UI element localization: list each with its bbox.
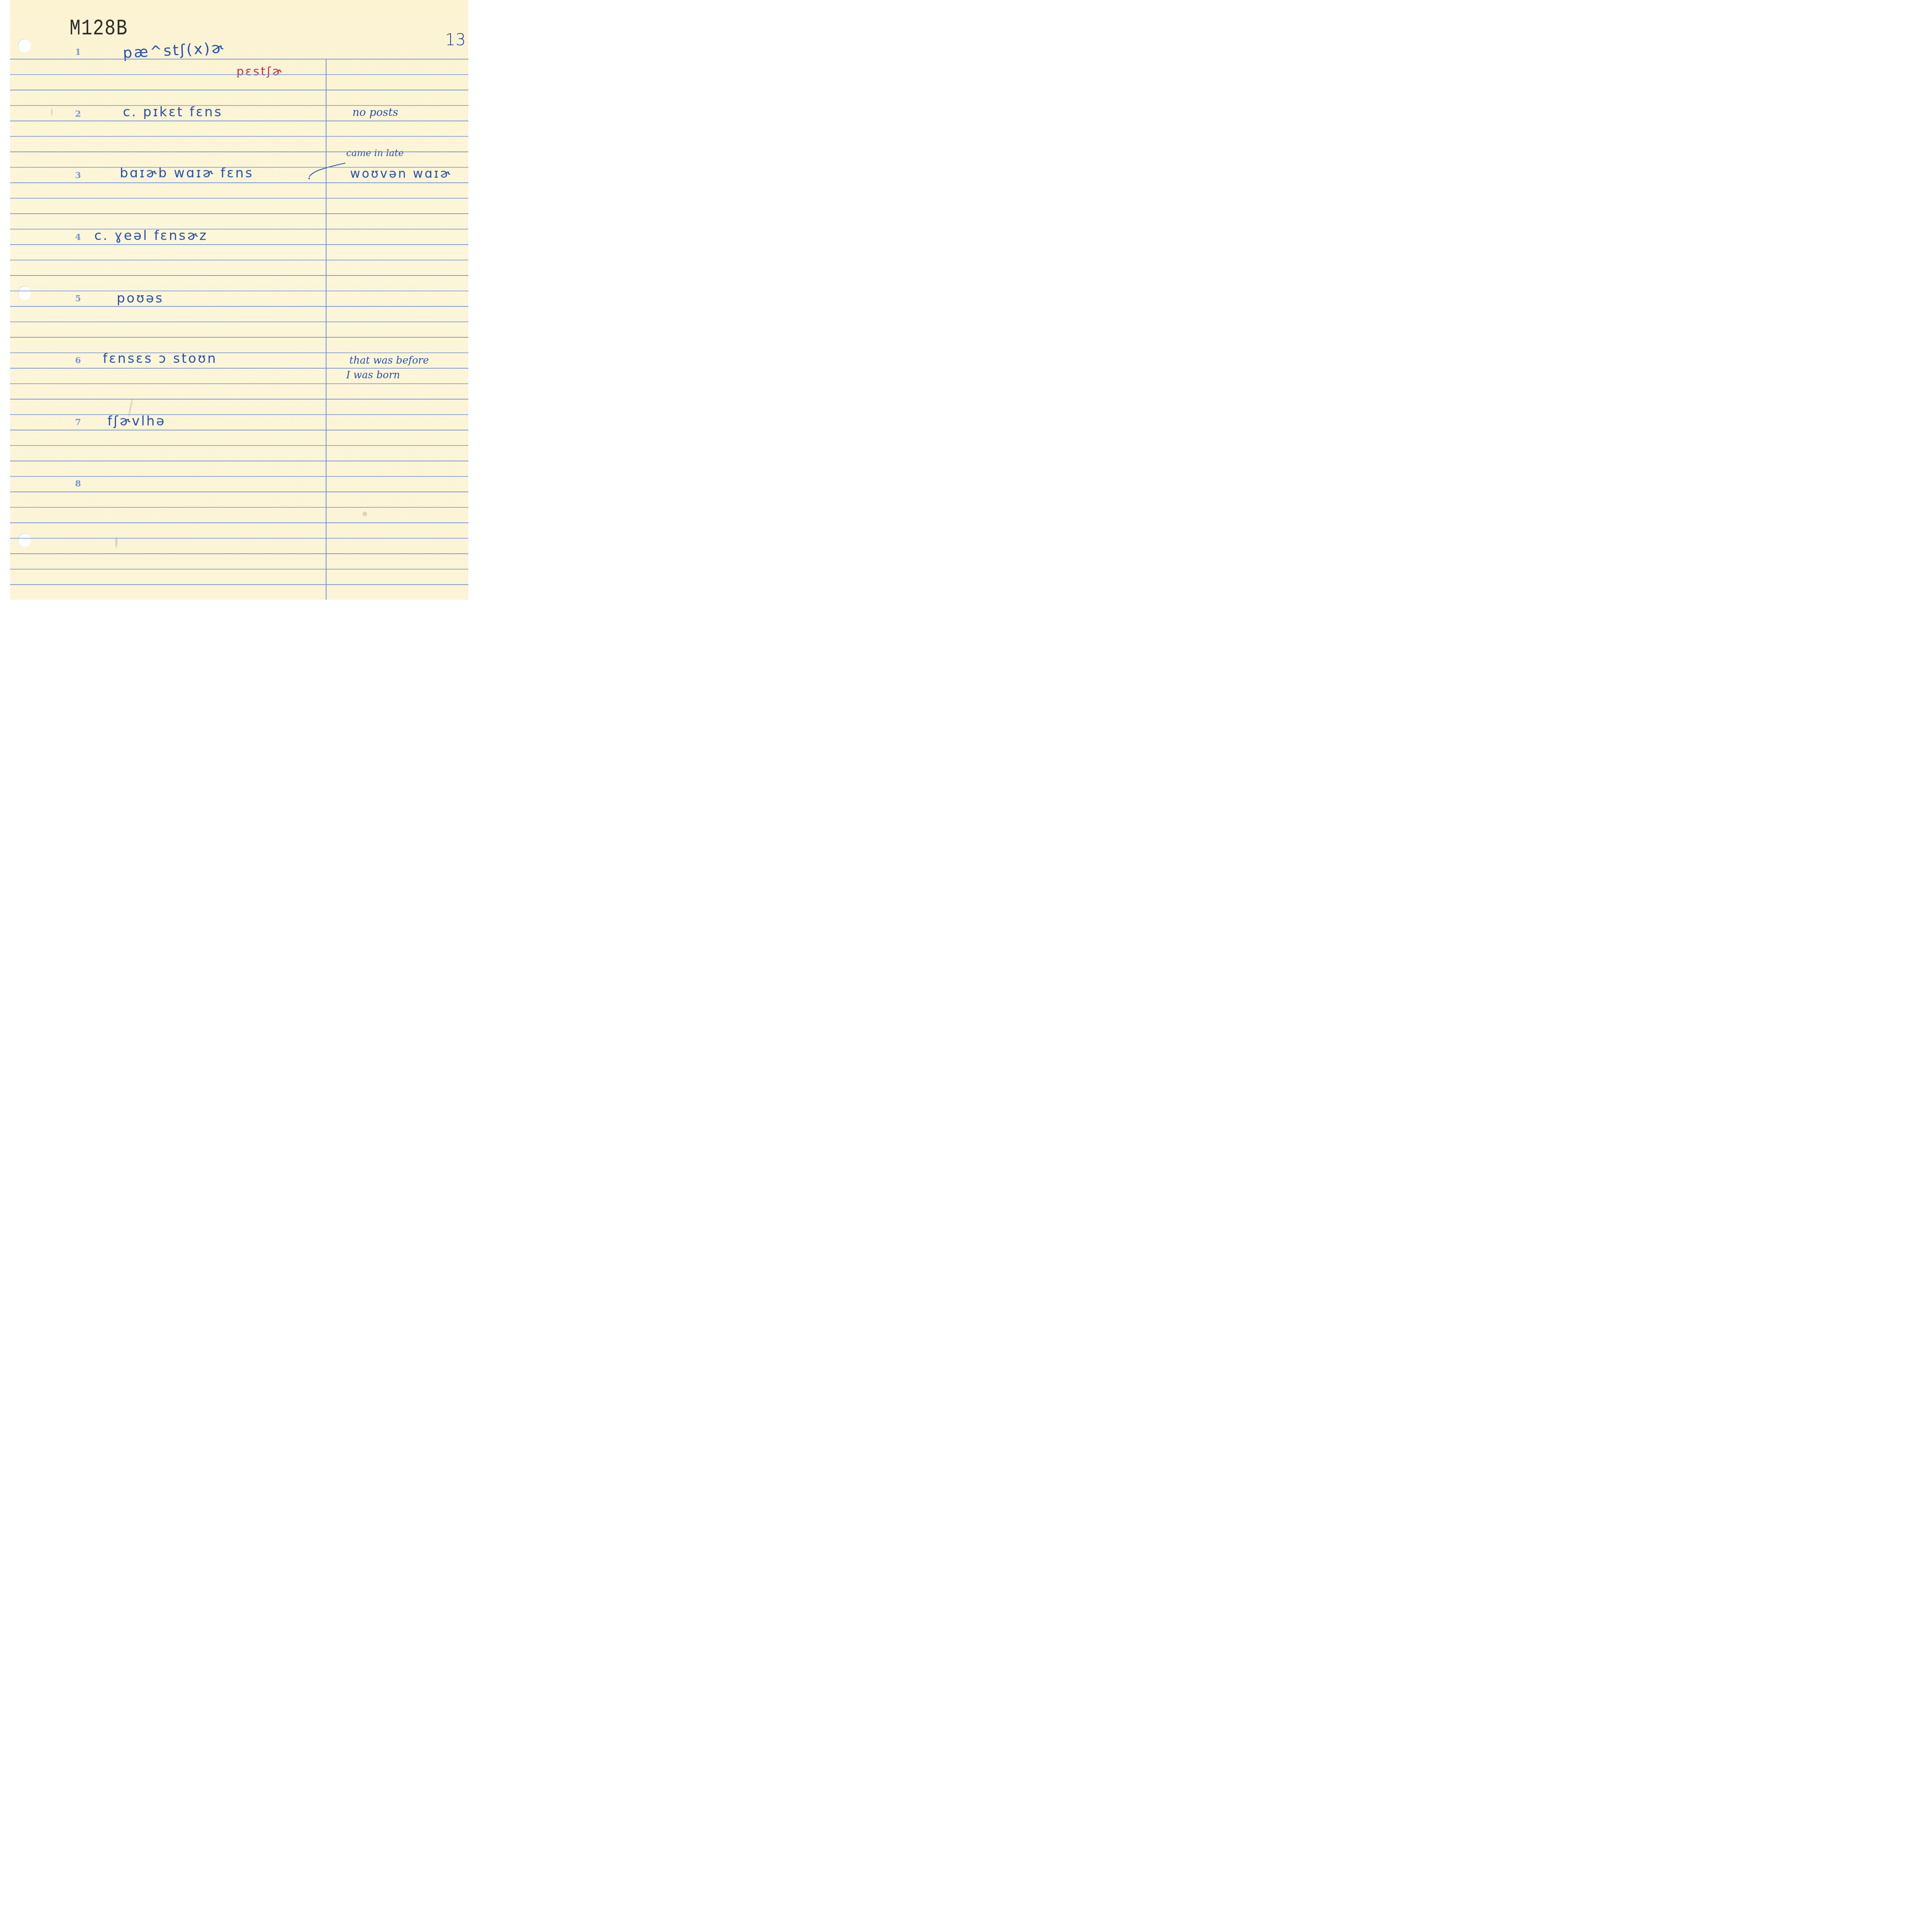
transcription-row-4: c. ɣeəl fɛnsɚz	[94, 228, 208, 243]
transcription-row-5: poʊəs	[117, 291, 164, 306]
ruled-line	[10, 476, 468, 477]
note-row-2: no posts	[352, 106, 398, 119]
transcription-row-2: c. pɪkɛt fɛns	[123, 104, 223, 120]
ruled-line	[10, 182, 468, 183]
ruled-line	[10, 399, 468, 400]
ruled-line	[10, 198, 468, 199]
ruled-line	[10, 291, 468, 291]
ruled-line	[10, 538, 468, 539]
row-number: 2	[73, 109, 83, 119]
ruled-line	[10, 59, 468, 60]
ruled-line	[10, 383, 468, 384]
note-phonetic-row-3: woʊvən wɑɪɚ	[350, 166, 452, 181]
note-row-6-line-2: I was born	[346, 369, 400, 381]
ruled-line	[10, 275, 468, 276]
ruled-line	[10, 244, 468, 245]
row-number: 7	[73, 417, 83, 427]
ruled-line	[10, 229, 468, 230]
ruled-line	[10, 260, 468, 260]
ruled-line	[10, 306, 468, 307]
transcription-row-7: fʃɚvlhə	[107, 413, 166, 429]
row-number: 1	[73, 47, 83, 57]
page-number: 13	[445, 30, 466, 49]
ruled-line	[10, 105, 468, 106]
column-divider	[326, 60, 327, 600]
row-number: 6	[73, 355, 83, 366]
ruled-line	[10, 492, 468, 492]
punch-hole-top	[18, 39, 31, 53]
row-number: 3	[73, 170, 83, 180]
ruled-line	[10, 414, 468, 415]
ruled-line	[10, 167, 468, 168]
pencil-smudge	[115, 537, 117, 548]
pencil-smudge	[51, 108, 53, 116]
transcription-row-3: bɑɪɚb wɑɪɚ fɛns	[120, 165, 253, 181]
ruled-line	[10, 430, 468, 430]
row-number: 5	[73, 294, 83, 304]
ruled-line	[10, 151, 468, 152]
note-row-6-line-1: that was before	[349, 355, 429, 366]
note-row-3: came in late	[346, 148, 404, 158]
ruled-line	[10, 553, 468, 554]
ruled-line	[10, 337, 468, 338]
ruled-line	[10, 321, 468, 322]
transcription-row-6: fɛnsɛs ɔ stoʊn	[103, 351, 217, 366]
ruled-line	[10, 90, 468, 90]
paper-spot	[362, 512, 367, 516]
correction-row-1: pɛstʃɚ	[236, 65, 283, 78]
ruled-line	[10, 507, 468, 508]
ruled-line	[10, 352, 468, 353]
ruled-line	[10, 461, 468, 461]
row-number: 8	[73, 479, 83, 489]
ruled-line	[10, 445, 468, 446]
row-number: 4	[73, 232, 83, 242]
punch-hole-middle	[18, 286, 31, 300]
ruled-line	[10, 136, 468, 137]
ruled-line	[10, 368, 468, 369]
ruled-line	[10, 584, 468, 585]
ruled-line	[10, 569, 468, 570]
annotation-arrow-icon	[308, 162, 346, 181]
document-id-stamp: M128B	[70, 16, 128, 41]
punch-hole-bottom	[18, 533, 31, 547]
ruled-line	[10, 74, 468, 75]
ruled-line	[10, 522, 468, 523]
ruled-line	[10, 213, 468, 214]
ruled-line	[10, 121, 468, 121]
